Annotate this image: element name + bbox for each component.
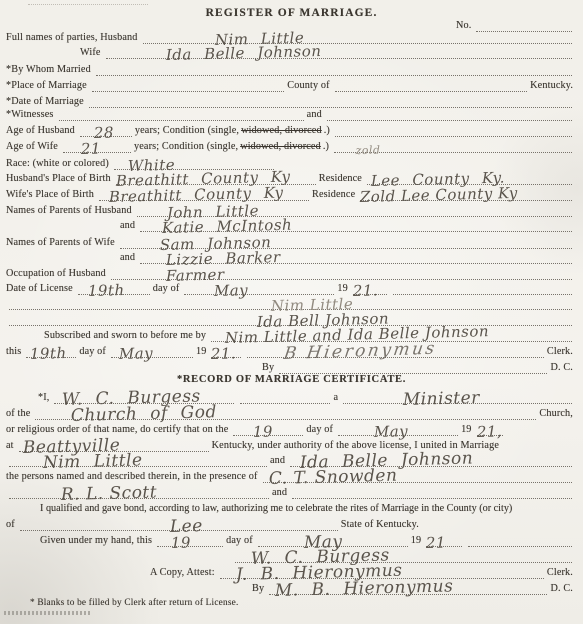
ceremony-month-handwriting: May: [374, 425, 409, 438]
wife-birth-line: Wife's Place of Birth Breathitt County K…: [6, 187, 575, 201]
condition-struck-words: widowed, divorced: [240, 141, 323, 153]
year-prefix: 19: [196, 346, 209, 358]
dotted-line: [59, 108, 304, 121]
residence-label: Residence: [312, 189, 357, 201]
dotted-line: May: [338, 423, 458, 436]
dotted-line: J. B. Hieronymus: [220, 566, 544, 579]
sworn-year-handwriting: 21.: [211, 347, 237, 360]
day-of-label: day of: [79, 346, 108, 358]
by-dc-line: By D. C.: [262, 360, 575, 374]
at-label: at: [6, 440, 16, 452]
date-of-license-line: Date of License 19th day of May 19 21.: [6, 281, 575, 295]
witness-2-line: R. L. Scott and: [6, 485, 575, 499]
clerk-label: Clerk.: [547, 567, 575, 579]
dotted-line: [240, 391, 330, 404]
dotted-line: John Little: [137, 204, 572, 217]
husband-mother-line: and Katie McIntosh: [120, 218, 575, 232]
attest-dc-line: By M. B. Hieronymus D. C.: [252, 581, 575, 595]
dotted-line: [393, 282, 572, 295]
certify-date-line: or religious order of that name, do cert…: [6, 422, 575, 436]
wife-name-line: Wife Ida Belle Johnson: [80, 45, 575, 59]
dotted-line: Breathitt County Ky: [99, 188, 309, 201]
dotted-line: Minister: [343, 391, 572, 404]
occupation-label: Occupation of Husband: [6, 268, 108, 280]
church-label: Church,: [539, 408, 575, 420]
kentucky-label: Kentucky.: [530, 80, 575, 92]
year-prefix: 19: [461, 424, 474, 436]
dotted-line: W. C. Burgess: [235, 550, 572, 563]
subscribed-line: Subscribed and sworn to before me by Nim…: [44, 328, 575, 342]
dc-label: D. C.: [550, 583, 575, 595]
sworn-month-handwriting: May: [119, 347, 154, 360]
attest-dc-signature: M. B. Hieronymus: [275, 580, 454, 597]
date-of-license-label: Date of License: [6, 283, 75, 295]
dotted-line: 28: [80, 124, 132, 137]
condition-label: years; Condition (single,: [135, 125, 241, 137]
blank-space: [277, 158, 575, 170]
wife-residence-handwriting: Zold Lee County Ky: [360, 187, 518, 203]
dotted-line: [335, 124, 572, 137]
a-label: a: [333, 392, 340, 404]
by-whom-married-line: *By Whom Married: [6, 62, 575, 76]
day-of-label: day of: [306, 424, 335, 436]
dotted-line: 19: [233, 423, 303, 436]
given-label: Given under my hand, this: [40, 535, 154, 547]
united-names-line: Nim Little and Ida Belle Johnson: [6, 453, 575, 467]
given-date-line: Given under my hand, this 19 day of May …: [40, 533, 575, 547]
dotted-line: 21.: [211, 345, 241, 358]
husband-mother-handwriting: Katie McIntosh: [162, 219, 293, 234]
dotted-line: Breathitt County Ky: [116, 172, 316, 185]
parents-of-wife-line: Names of Parents of Wife Sam Johnson: [6, 235, 575, 249]
husband-birth-label: Husband's Place of Birth: [6, 173, 113, 185]
witness-2-handwriting: R. L. Scott: [61, 486, 158, 501]
by-whom-married-label: *By Whom Married: [6, 64, 93, 76]
subscribed-label: Subscribed and sworn to before me by: [44, 330, 208, 342]
dotted-line: Nim Little: [9, 454, 267, 467]
place-of-marriage-line: *Place of Marriage County of Kentucky.: [6, 78, 575, 92]
age-of-husband-line: Age of Husband 28 years; Condition (sing…: [6, 123, 575, 137]
wife-label: Wife: [80, 47, 103, 59]
residence-label: Residence: [319, 173, 364, 185]
sworn-day-handwriting: 19th: [30, 347, 67, 360]
of-the-label: of the: [6, 408, 32, 420]
dotted-line: Sam Johnson: [120, 236, 572, 249]
dotted-line: Zold Lee County Ky: [360, 188, 572, 201]
year-prefix: 19: [411, 535, 424, 547]
presence-label: the persons named and described therein,…: [6, 471, 260, 483]
wife-mother-handwriting: Lizzie Barker: [166, 251, 281, 266]
dotted-line: 21: [63, 140, 131, 153]
blank-space: [421, 519, 575, 531]
printer-mark: [4, 611, 92, 615]
dotted-line: [279, 361, 547, 374]
occupation-line: Occupation of Husband Farmer: [6, 266, 575, 280]
sworn-date-line: this 19th day of May 19 21. B Hieronymus…: [6, 344, 575, 358]
footnote: * Blanks to be filled by Clerk after ret…: [30, 598, 239, 608]
officiant-signature-line: W. C. Burgess: [232, 549, 575, 563]
dotted-line: Nim Little: [143, 31, 572, 44]
dotted-line: May: [184, 282, 334, 295]
dotted-line: Beattyville: [19, 439, 209, 452]
wife-birthplace-handwriting: Breathitt County Ky: [109, 186, 284, 203]
ceremony-day-handwriting: 19: [253, 425, 273, 438]
dc-label: D. C.: [550, 362, 575, 374]
and-label: and: [270, 455, 287, 467]
year-prefix: 19: [337, 283, 350, 295]
wife-age-handwriting: 21: [81, 142, 101, 155]
given-year-handwriting: 21: [426, 536, 446, 549]
dotted-line: [96, 63, 572, 76]
qualified-label: I qualified and gave bond, according to …: [40, 503, 514, 515]
county-line: of Lee State of Kentucky.: [6, 517, 575, 531]
dotted-line: R. L. Scott: [9, 486, 269, 499]
occupation-handwriting: Farmer: [166, 268, 225, 282]
and-label: and: [120, 252, 137, 264]
clerk-label: Clerk.: [547, 346, 575, 358]
age-of-husband-label: Age of Husband: [6, 125, 77, 137]
county-of-label: County of: [287, 80, 331, 92]
certify-label: or religious order of that name, do cert…: [6, 424, 230, 436]
and-label: and: [120, 220, 137, 232]
dotted-line: Church of God: [35, 407, 536, 420]
dotted-line: May: [111, 345, 193, 358]
cut-off-line-fragment: [28, 1, 148, 5]
dotted-line: 21.: [353, 282, 387, 295]
attest-clerk-line: A Copy, Attest: J. B. Hieronymus Clerk.: [150, 565, 575, 579]
dotted-line: 21,: [477, 423, 503, 436]
wife-birth-label: Wife's Place of Birth: [6, 189, 96, 201]
dotted-line: 19th: [78, 282, 150, 295]
certificate-title: *RECORD OF MARRIAGE CERTIFICATE.: [0, 374, 583, 385]
dotted-line: 19: [157, 534, 223, 547]
county-name-handwriting: Lee: [169, 520, 202, 533]
husband-birth-line: Husband's Place of Birth Breathitt Count…: [6, 171, 575, 185]
dotted-line: M. B. Hieronymus: [269, 582, 547, 595]
dotted-line: Katie McIntosh: [140, 219, 572, 232]
ceremony-year-handwriting: 21,: [476, 425, 502, 438]
wife-name-handwriting: Ida Belle Johnson: [165, 45, 321, 61]
day-of-label: day of: [226, 535, 255, 547]
parents-of-wife-label: Names of Parents of Wife: [6, 237, 117, 249]
witnesses-line: *Witnesses and: [6, 107, 575, 121]
condition-struck-words: widowed, divorced: [241, 125, 324, 137]
full-names-label: Full names of parties, Husband: [6, 32, 140, 44]
church-name-handwriting: Church of God: [71, 406, 217, 422]
dotted-line: [92, 79, 285, 92]
ceremony-place-line: at Beattyville Kentucky, under authority…: [6, 438, 575, 452]
and-label: and: [272, 487, 289, 499]
dotted-line: [292, 486, 572, 499]
qualified-line: I qualified and gave bond, according to …: [40, 501, 575, 515]
dotted-line: B Hieronymus: [247, 345, 543, 358]
dotted-line: [327, 108, 572, 121]
clerk-signature: B Hieronymus: [283, 343, 438, 360]
witness-1-handwriting: C. T. Snowden: [268, 470, 397, 485]
given-day-handwriting: 19: [171, 536, 191, 549]
place-of-marriage-label: *Place of Marriage: [6, 80, 89, 92]
attest-label: A Copy, Attest:: [150, 567, 217, 579]
officiant-title-handwriting: Minister: [403, 392, 480, 406]
by-label: By: [252, 583, 266, 595]
day-of-label: day of: [153, 283, 182, 295]
dotted-line: C. T. Snowden: [263, 470, 572, 483]
state-of-kentucky-label: State of Kentucky.: [341, 519, 421, 531]
officiant-line: *I, W. C. Burgess a Minister: [38, 390, 575, 404]
wife-mother-line: and Lizzie Barker: [120, 250, 575, 264]
dotted-line: Ida Belle Johnson: [106, 46, 572, 59]
dotted-line: 19th: [26, 345, 76, 358]
witnesses-label: *Witnesses: [6, 109, 56, 121]
dotted-line: Lee County Ky.: [367, 172, 572, 185]
of-label: of: [6, 519, 17, 531]
dotted-line: Lee: [20, 518, 338, 531]
dotted-line: [468, 534, 572, 547]
penciled-husband-signature-line: Nim Little: [6, 296, 575, 310]
i-label: *I,: [38, 392, 51, 404]
church-line: of the Church of God Church,: [6, 406, 575, 420]
presence-line: the persons named and described therein,…: [6, 469, 575, 483]
condition-close: .): [324, 125, 332, 137]
condition-close: .): [323, 141, 331, 153]
husband-age-handwriting: 28: [94, 126, 114, 139]
dotted-line: Nim Little: [9, 297, 572, 310]
united-husband-handwriting: Nim Little: [43, 454, 143, 469]
dotted-line: 21: [426, 534, 462, 547]
this-label: this: [6, 346, 23, 358]
dotted-line: Farmer: [111, 267, 572, 280]
date-of-marriage-line: *Date of Marriage: [6, 94, 575, 108]
dotted-line: Lizzie Barker: [140, 251, 572, 264]
penciled-wife-signature-line: Ida Bell Johnson: [6, 312, 575, 326]
dotted-line: [335, 79, 528, 92]
race-label: Race: (white or colored): [6, 158, 111, 170]
age-of-wife-label: Age of Wife: [6, 141, 60, 153]
parents-of-husband-label: Names of Parents of Husband: [6, 205, 134, 217]
by-label: By: [262, 362, 276, 374]
and-label: and: [307, 109, 324, 121]
marriage-register-document: REGISTER OF MARRIAGE. No. Full names of …: [0, 0, 583, 624]
dotted-line: Ida Belle Johnson: [290, 454, 572, 467]
age-of-wife-line: Age of Wife 21 years; Condition (single,…: [6, 139, 575, 153]
condition-label: years; Condition (single,: [134, 141, 240, 153]
